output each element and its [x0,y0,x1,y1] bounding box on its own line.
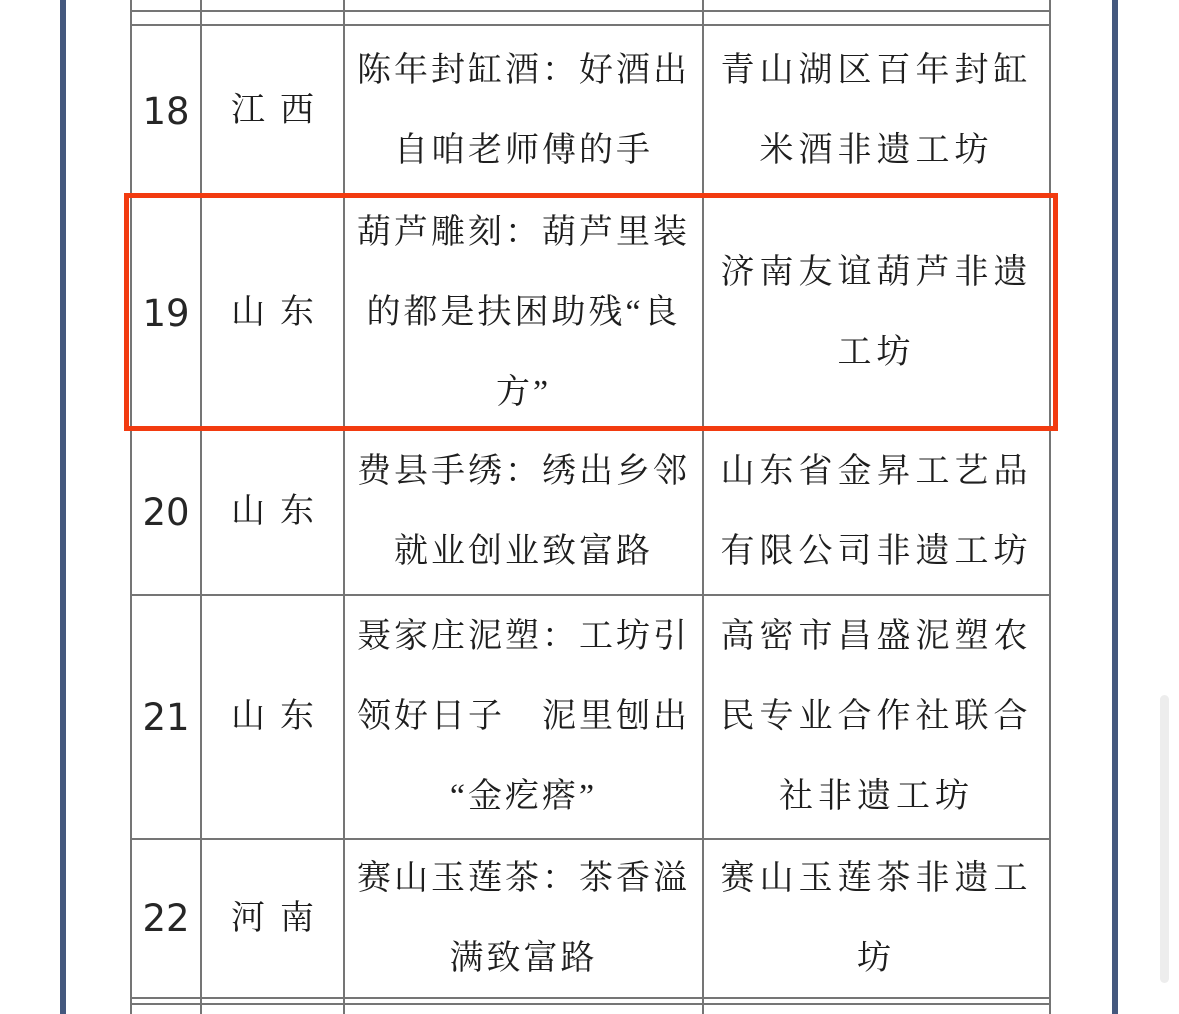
province-label: 河南 [216,879,329,959]
project-title-cell: 费县手绣：绣出乡邻就业创业致富路 [345,430,702,594]
province-cell: 江西 [202,26,343,196]
workshop-name-line: 高密市昌盛泥塑农 [721,597,1033,677]
empty-cell [202,12,343,24]
workshop-name-line: 山东省金昇工艺品 [721,432,1033,512]
workshop-name-line: 米酒非遗工坊 [760,111,994,191]
workshop-name-cell: 山东省金昇工艺品有限公司非遗工坊 [704,430,1049,594]
project-title-line: 赛山玉莲茶：茶香溢 [357,840,690,919]
workshop-name-line: 坊 [857,919,896,998]
project-title-line: 就业创业致富路 [394,512,653,592]
empty-cell [704,999,1049,1003]
project-title-line: 费县手绣：绣出乡邻 [357,432,690,512]
workshop-name-line: 有限公司非遗工坊 [721,512,1033,592]
row-number: 22 [142,897,189,940]
right-margin-rule [1112,0,1118,1014]
workshop-name-line: 赛山玉莲茶非遗工 [721,840,1033,919]
heritage-workshop-table: 18江西陈年封缸酒：好酒出自咱老师傅的手青山湖区百年封缸米酒非遗工坊19山东葫芦… [130,0,1051,1014]
empty-cell [132,999,200,1003]
workshop-name-line: 民专业合作社联合 [721,677,1033,757]
province-label: 山东 [216,677,329,757]
workshop-name-cell: 赛山玉莲茶非遗工坊 [704,840,1049,997]
workshop-name-line: 济南友谊葫芦非遗 [721,233,1033,313]
workshop-name-line: 社非遗工坊 [779,757,974,837]
project-title-cell: 赛山玉莲茶：茶香溢满致富路 [345,840,702,997]
project-title-line: 领好日子 泥里刨出 [357,677,690,757]
workshop-name-cell: 济南友谊葫芦非遗工坊 [704,198,1049,428]
empty-cell [704,0,1049,10]
row-number-cell: 20 [132,430,200,594]
partial-row-bottom [132,1005,1049,1014]
separator-band-bottom [132,999,1049,1003]
empty-cell [202,1005,343,1014]
empty-cell [132,12,200,24]
province-cell: 山东 [202,198,343,428]
row-number-cell: 19 [132,198,200,428]
empty-cell [345,999,702,1003]
workshop-name-line: 工坊 [838,313,916,393]
table-row: 18江西陈年封缸酒：好酒出自咱老师傅的手青山湖区百年封缸米酒非遗工坊 [132,26,1049,196]
province-cell: 山东 [202,430,343,594]
row-number: 19 [142,292,189,335]
province-label: 山东 [216,273,329,353]
row-number: 20 [142,491,189,534]
province-cell: 山东 [202,596,343,838]
workshop-name-cell: 青山湖区百年封缸米酒非遗工坊 [704,26,1049,196]
province-label: 山东 [216,472,329,552]
partial-row-top [132,0,1049,10]
document-page: { "page": { "background": "#ffffff", "gr… [0,0,1179,1014]
empty-cell [345,12,702,24]
empty-cell [202,999,343,1003]
table-row: 21山东聂家庄泥塑：工坊引领好日子 泥里刨出“金疙瘩”高密市昌盛泥塑农民专业合作… [132,596,1049,838]
table-row: 22河南赛山玉莲茶：茶香溢满致富路赛山玉莲茶非遗工坊 [132,840,1049,997]
project-title-cell: 葫芦雕刻：葫芦里装的都是扶困助残“良方” [345,198,702,428]
project-title-line: 聂家庄泥塑：工坊引 [357,597,690,677]
empty-cell [132,1005,200,1014]
province-cell: 河南 [202,840,343,997]
scrollbar-thumb[interactable] [1160,695,1169,983]
row-number-cell: 18 [132,26,200,196]
left-margin-rule [60,0,66,1014]
project-title-line: 方” [496,353,551,428]
project-title-line: “金疙瘩” [450,757,597,837]
project-title-cell: 陈年封缸酒：好酒出自咱老师傅的手 [345,26,702,196]
project-title-cell: 聂家庄泥塑：工坊引领好日子 泥里刨出“金疙瘩” [345,596,702,838]
separator-band-top [132,12,1049,24]
empty-cell [704,12,1049,24]
empty-cell [345,1005,702,1014]
table-row: 19山东葫芦雕刻：葫芦里装的都是扶困助残“良方”济南友谊葫芦非遗工坊 [132,198,1049,428]
project-title-line: 葫芦雕刻：葫芦里装 [357,198,690,273]
row-number: 18 [142,90,189,133]
workshop-name-cell: 高密市昌盛泥塑农民专业合作社联合社非遗工坊 [704,596,1049,838]
project-title-line: 陈年封缸酒：好酒出 [357,31,690,111]
row-number: 21 [142,696,189,739]
project-title-line: 的都是扶困助残“良 [366,273,680,353]
empty-cell [704,1005,1049,1014]
empty-cell [132,0,200,10]
province-label: 江西 [216,71,329,151]
project-title-line: 自咱老师傅的手 [394,111,653,191]
row-number-cell: 22 [132,840,200,997]
project-title-line: 满致富路 [450,919,598,998]
workshop-name-line: 青山湖区百年封缸 [721,31,1033,111]
table-row: 20山东费县手绣：绣出乡邻就业创业致富路山东省金昇工艺品有限公司非遗工坊 [132,430,1049,594]
empty-cell [345,0,702,10]
row-number-cell: 21 [132,596,200,838]
empty-cell [202,0,343,10]
